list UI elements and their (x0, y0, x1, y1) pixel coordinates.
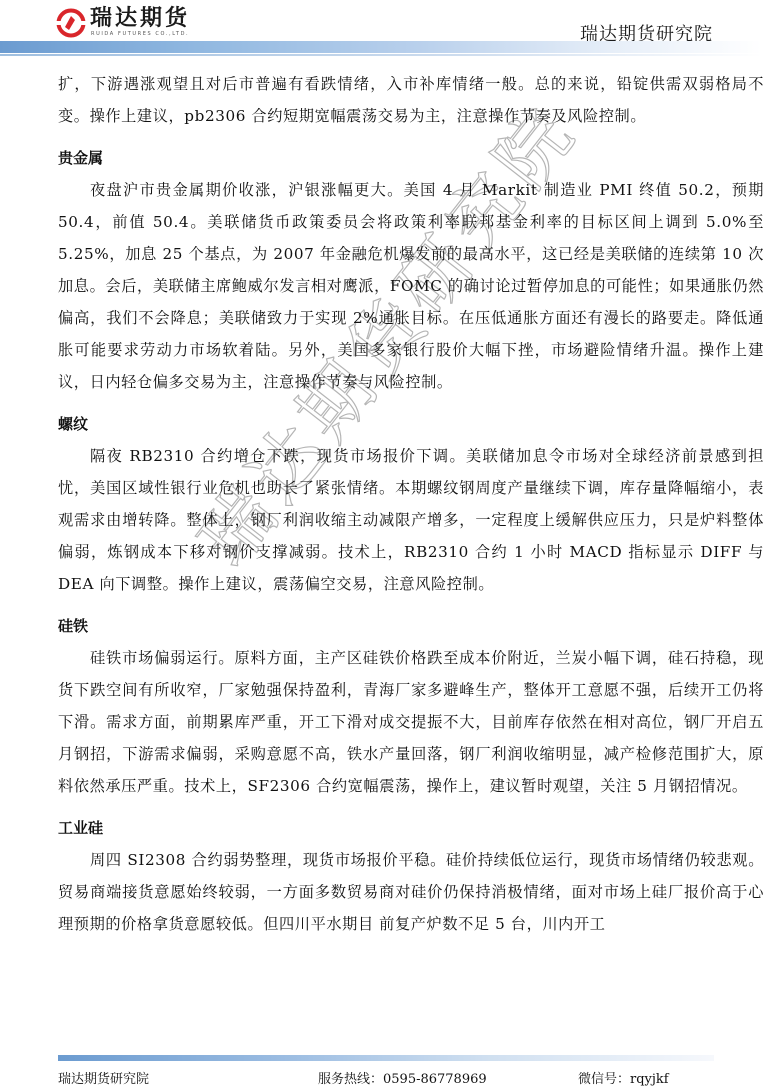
footer-hotline: 服务热线：0595-86778969 (318, 1068, 487, 1087)
section-lead-continued: 扩，下游遇涨观望且对后市普遍有看跌情绪，入市补库情绪一般。总的来说，铅锭供需双弱… (58, 68, 764, 132)
header-divider (0, 54, 762, 56)
section-title: 工业硅 (58, 802, 764, 844)
section-paragraph: 隔夜 RB2310 合约增仓下跌，现货市场报价下调。美联储加息令市场对全球经济前… (58, 440, 764, 600)
logo-english-name: RUIDA FUTURES CO.,LTD. (91, 31, 190, 38)
logo-chinese-name: 瑞达期货 (90, 7, 190, 31)
section-paragraph: 周四 SI2308 合约弱势整理，现货市场报价平稳。硅价持续低位运行，现货市场情… (58, 844, 764, 940)
footer-org: 瑞达期货研究院 (58, 1068, 149, 1087)
ruida-logo-icon (56, 8, 86, 38)
footer-gradient-bar (58, 1055, 714, 1061)
section-paragraph: 扩，下游遇涨观望且对后市普遍有看跌情绪，入市补库情绪一般。总的来说，铅锭供需双弱… (58, 68, 764, 132)
section-paragraph: 硅铁市场偏弱运行。原料方面，主产区硅铁价格跌至成本价附近，兰炭小幅下调，硅石持稳… (58, 642, 764, 802)
section-paragraph: 夜盘沪市贵金属期价收涨，沪银涨幅更大。美国 4 月 Markit 制造业 PMI… (58, 174, 764, 398)
section-title: 硅铁 (58, 600, 764, 642)
section-title: 螺纹 (58, 398, 764, 440)
report-body: 扩，下游遇涨观望且对后市普遍有看跌情绪，入市补库情绪一般。总的来说，铅锭供需双弱… (58, 68, 764, 940)
page-header: 瑞达期货 RUIDA FUTURES CO.,LTD. 瑞达期货研究院 (0, 0, 770, 60)
section-precious-metals: 贵金属 夜盘沪市贵金属期价收涨，沪银涨幅更大。美国 4 月 Markit 制造业… (58, 132, 764, 398)
footer-wechat: 微信号：rqyjkf (578, 1068, 669, 1087)
section-industrial-silicon: 工业硅 周四 SI2308 合约弱势整理，现货市场报价平稳。硅价持续低位运行，现… (58, 802, 764, 940)
section-ferrosilicon: 硅铁 硅铁市场偏弱运行。原料方面，主产区硅铁价格跌至成本价附近，兰炭小幅下调，硅… (58, 600, 764, 802)
section-rebar: 螺纹 隔夜 RB2310 合约增仓下跌，现货市场报价下调。美联储加息令市场对全球… (58, 398, 764, 600)
header-gradient-bar (0, 41, 762, 53)
company-logo: 瑞达期货 RUIDA FUTURES CO.,LTD. (56, 7, 190, 41)
section-title: 贵金属 (58, 132, 764, 174)
